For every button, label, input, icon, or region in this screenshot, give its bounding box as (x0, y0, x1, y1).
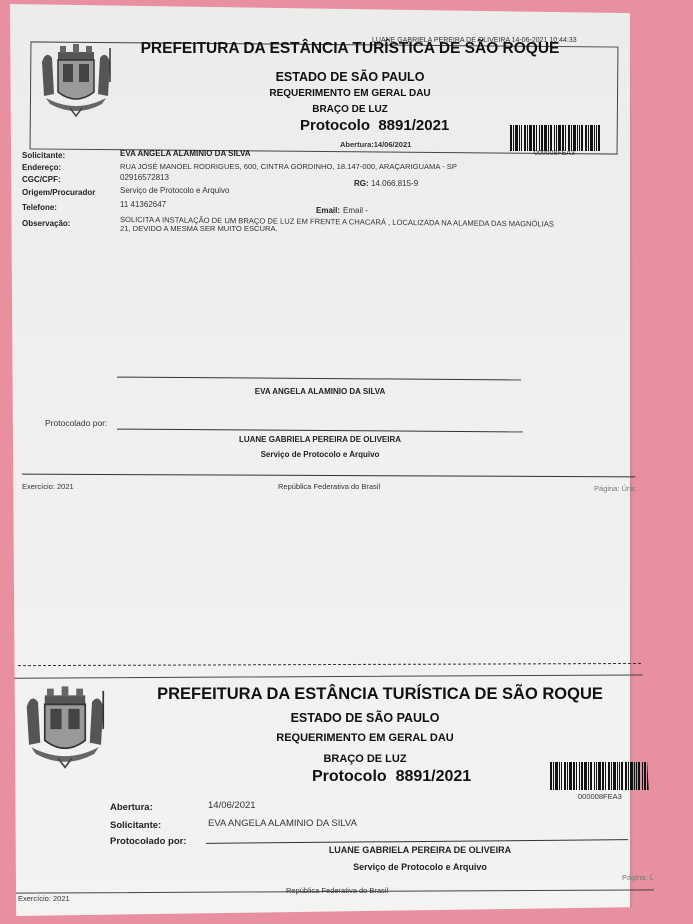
telefone-label: Telefone: (22, 203, 57, 212)
protocol-label: Protocolo (300, 117, 370, 134)
footer-divider (22, 474, 642, 478)
receipt-protocolado-label: Protocolado por: (110, 836, 187, 847)
receipt-org-title: PREFEITURA DA ESTÂNCIA TURÍSTICA DE SÃO … (150, 685, 610, 704)
email-value: Email - (343, 206, 368, 215)
solicitante-label: Solicitante: (22, 151, 65, 160)
receipt-clerk-department: Serviço de Protocolo e Arquivo (210, 862, 630, 872)
barcode-code: 000008FEA3 (534, 150, 575, 157)
coat-of-arms-icon (20, 684, 110, 772)
receipt-abertura-label: Abertura: (110, 802, 153, 813)
rg-value: 14.066.815-9 (371, 179, 418, 188)
receipt-solicitante-value: EVA ANGELA ALAMINIO DA SILVA (208, 818, 357, 829)
observacao-line-2: 21, DEVIDO A MESMA SER MUITO ESCURA. (120, 224, 278, 233)
protocol-document-paper: LUANE GABRIELA PEREIRA DE OLIVEIRA 14-06… (10, 4, 630, 916)
receipt-protocol-label: Protocolo (312, 768, 387, 785)
state-title: ESTADO DE SÃO PAULO (190, 70, 510, 84)
request-type: REQUERIMENTO EM GERAL DAU (190, 88, 510, 99)
receipt-state-title: ESTADO DE SÃO PAULO (200, 711, 530, 725)
receipt-footer-exercicio: Exercício: 2021 (18, 894, 70, 903)
cpf-label: CGC/CPF: (22, 175, 61, 184)
email-label: Email: (316, 206, 340, 215)
clerk-signature-line (117, 429, 523, 433)
barcode-icon (510, 125, 602, 151)
protocol-heading: Protocolo 8891/2021 (300, 117, 449, 134)
receipt-request-subject: BRAÇO DE LUZ (200, 753, 530, 765)
receipt-protocol-number: 8891/2021 (396, 768, 472, 785)
protocol-number: 8891/2021 (378, 117, 449, 134)
observacao-label: Observação: (22, 219, 70, 228)
clerk-department: Serviço de Protocolo e Arquivo (120, 450, 520, 459)
rg-label: RG: (354, 179, 369, 188)
applicant-signature-line (117, 377, 521, 381)
coat-of-arms-icon (36, 42, 116, 120)
opening-date-inline: Abertura:14/06/2021 (340, 140, 411, 149)
protocolado-label: Protocolado por: (45, 418, 107, 428)
receipt-footer-pagina: Página: Única (622, 873, 669, 882)
telefone-value: 11 41362647 (120, 200, 166, 209)
receipt-barcode-icon (550, 762, 654, 790)
footer-exercicio: Exercício: 2021 (22, 482, 74, 491)
receipt-footer-republica: República Federativa do Brasil (286, 886, 388, 895)
endereco-label: Endereço: (22, 163, 61, 172)
receipt-protocol-heading: Protocolo 8891/2021 (312, 768, 471, 786)
footer-pagina: Página: Única (594, 484, 641, 493)
receipt-barcode-code: 000008FEA3 (578, 792, 622, 801)
solicitante-value: EVA ANGELA ALAMINIO DA SILVA (120, 149, 251, 158)
footer-republica: República Federativa do Brasil (278, 482, 380, 491)
request-subject: BRAÇO DE LUZ (190, 104, 510, 115)
receipt-solicitante-label: Solicitante: (110, 820, 161, 831)
cpf-value: 02916572813 (120, 173, 169, 182)
applicant-signature-name: EVA ANGELA ALAMINIO DA SILVA (120, 387, 520, 396)
receipt-abertura-value: 14/06/2021 (208, 800, 256, 811)
origem-label: Origem/Procurador (22, 188, 95, 197)
cut-line (18, 663, 666, 666)
clerk-name: LUANE GABRIELA PEREIRA DE OLIVEIRA (120, 435, 520, 444)
receipt-request-type: REQUERIMENTO EM GERAL DAU (200, 732, 530, 744)
endereco-value: RUA JOSÉ MANOEL RODRIGUES, 600, CINTRA G… (120, 162, 457, 171)
org-title: PREFEITURA DA ESTÂNCIA TURÍSTICA DE SÃO … (130, 40, 570, 58)
origem-value: Serviço de Protocolo e Arquivo (120, 186, 229, 195)
receipt-clerk-name: LUANE GABRIELA PEREIRA DE OLIVEIRA (210, 845, 630, 855)
